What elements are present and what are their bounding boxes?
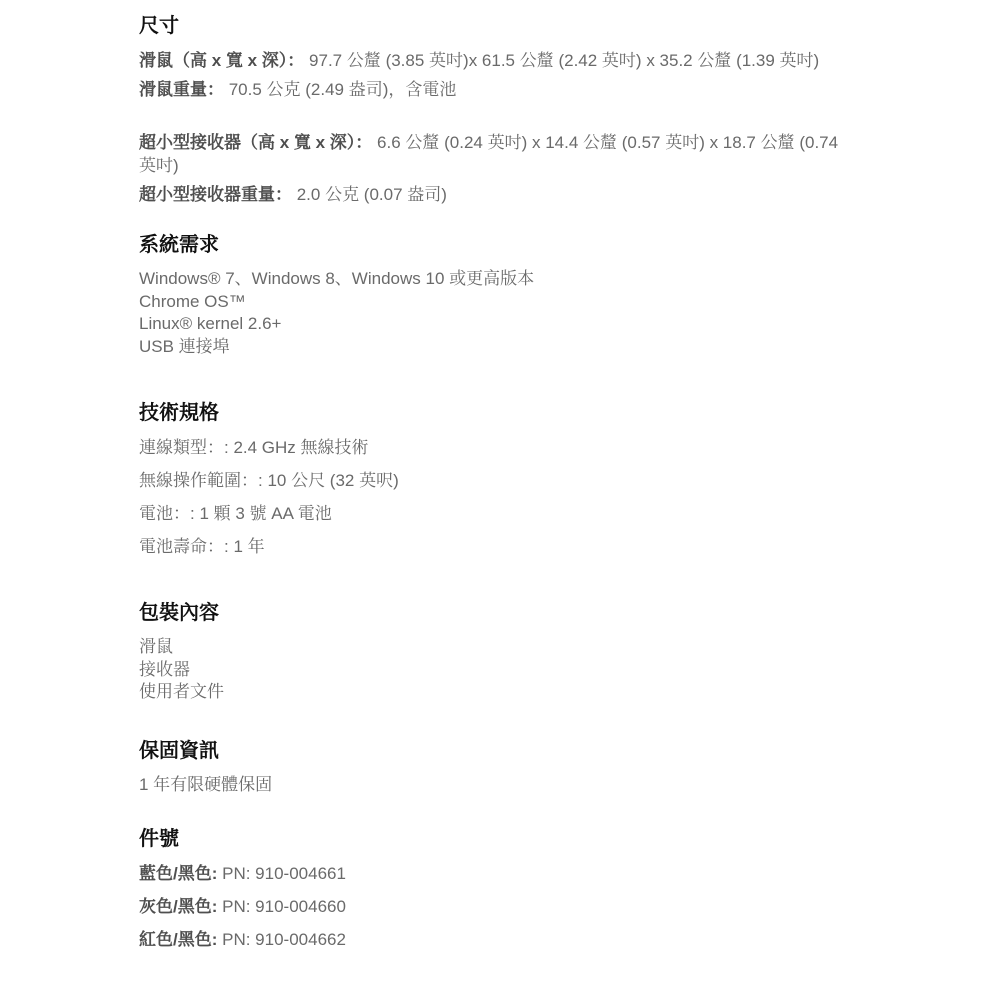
warranty-line: 1 年有限硬體保固 bbox=[139, 774, 849, 797]
part-number-row-red-black: 紅色/黑色: PN: 910-004662 bbox=[139, 928, 849, 951]
spec-row-mouse-weight: 滑鼠重量： 70.5 公克 (2.49 盎司)，含電池 bbox=[139, 78, 849, 101]
warranty-title: 保固資訊 bbox=[139, 738, 849, 764]
tech-spec-line: 無線操作範圍：: 10 公尺 (32 英呎) bbox=[139, 469, 849, 492]
section-dimensions: 尺寸 滑鼠（高 x 寬 x 深）： 97.7 公釐 (3.85 英吋)x 61.… bbox=[139, 13, 849, 206]
section-package-contents: 包裝內容 滑鼠 接收器 使用者文件 bbox=[139, 600, 849, 704]
spec-label: 滑鼠（高 x 寬 x 深）： bbox=[139, 51, 304, 70]
tech-specs-title: 技術規格 bbox=[139, 400, 849, 426]
section-tech-specs: 技術規格 連線類型：: 2.4 GHz 無線技術 無線操作範圍：: 10 公尺 … bbox=[139, 400, 849, 558]
spec-row-receiver-dimensions: 超小型接收器（高 x 寬 x 深）： 6.6 公釐 (0.24 英吋) x 14… bbox=[139, 131, 849, 177]
part-numbers-title: 件號 bbox=[139, 826, 849, 852]
part-number-value: PN: 910-004661 bbox=[217, 864, 346, 883]
tech-spec-line: 連線類型：: 2.4 GHz 無線技術 bbox=[139, 436, 849, 459]
requirement-line: Windows® 7、Windows 8、Windows 10 或更高版本 bbox=[139, 268, 849, 291]
package-item: 滑鼠 bbox=[139, 636, 849, 659]
part-number-row-blue-black: 藍色/黑色: PN: 910-004661 bbox=[139, 862, 849, 885]
package-item: 接收器 bbox=[139, 659, 849, 682]
spec-label: 滑鼠重量： bbox=[139, 80, 224, 99]
system-requirements-title: 系統需求 bbox=[139, 232, 849, 258]
color-label: 藍色/黑色: bbox=[139, 864, 217, 883]
spec-value: 2.0 公克 (0.07 盎司) bbox=[292, 185, 447, 204]
tech-spec-line: 電池：: 1 顆 3 號 AA 電池 bbox=[139, 502, 849, 525]
product-spec-page: 尺寸 滑鼠（高 x 寬 x 深）： 97.7 公釐 (3.85 英吋)x 61.… bbox=[0, 0, 990, 990]
spec-label: 超小型接收器重量： bbox=[139, 185, 292, 204]
spec-value: 97.7 公釐 (3.85 英吋)x 61.5 公釐 (2.42 英吋) x 3… bbox=[304, 51, 819, 70]
spec-row-mouse-dimensions: 滑鼠（高 x 寬 x 深）： 97.7 公釐 (3.85 英吋)x 61.5 公… bbox=[139, 49, 849, 72]
package-item: 使用者文件 bbox=[139, 681, 849, 704]
part-number-row-gray-black: 灰色/黑色: PN: 910-004660 bbox=[139, 895, 849, 918]
dimensions-title: 尺寸 bbox=[139, 13, 849, 39]
requirement-line: Linux® kernel 2.6+ bbox=[139, 313, 849, 336]
section-part-numbers: 件號 藍色/黑色: PN: 910-004661 灰色/黑色: PN: 910-… bbox=[139, 826, 849, 951]
tech-spec-line: 電池壽命：: 1 年 bbox=[139, 535, 849, 558]
part-number-value: PN: 910-004662 bbox=[217, 930, 346, 949]
spec-label: 超小型接收器（高 x 寬 x 深）： bbox=[139, 133, 372, 152]
color-label: 灰色/黑色: bbox=[139, 897, 217, 916]
requirement-line: USB 連接埠 bbox=[139, 336, 849, 359]
section-warranty: 保固資訊 1 年有限硬體保固 bbox=[139, 738, 849, 797]
spec-inner: 尺寸 滑鼠（高 x 寬 x 深）： 97.7 公釐 (3.85 英吋)x 61.… bbox=[139, 13, 849, 951]
package-contents-title: 包裝內容 bbox=[139, 600, 849, 626]
section-system-requirements: 系統需求 Windows® 7、Windows 8、Windows 10 或更高… bbox=[139, 232, 849, 358]
color-label: 紅色/黑色: bbox=[139, 930, 217, 949]
part-number-value: PN: 910-004660 bbox=[217, 897, 346, 916]
spec-content: 尺寸 滑鼠（高 x 寬 x 深）： 97.7 公釐 (3.85 英吋)x 61.… bbox=[0, 0, 860, 951]
requirement-line: Chrome OS™ bbox=[139, 291, 849, 314]
spec-value: 70.5 公克 (2.49 盎司)，含電池 bbox=[224, 80, 456, 99]
spec-row-receiver-weight: 超小型接收器重量： 2.0 公克 (0.07 盎司) bbox=[139, 183, 849, 206]
